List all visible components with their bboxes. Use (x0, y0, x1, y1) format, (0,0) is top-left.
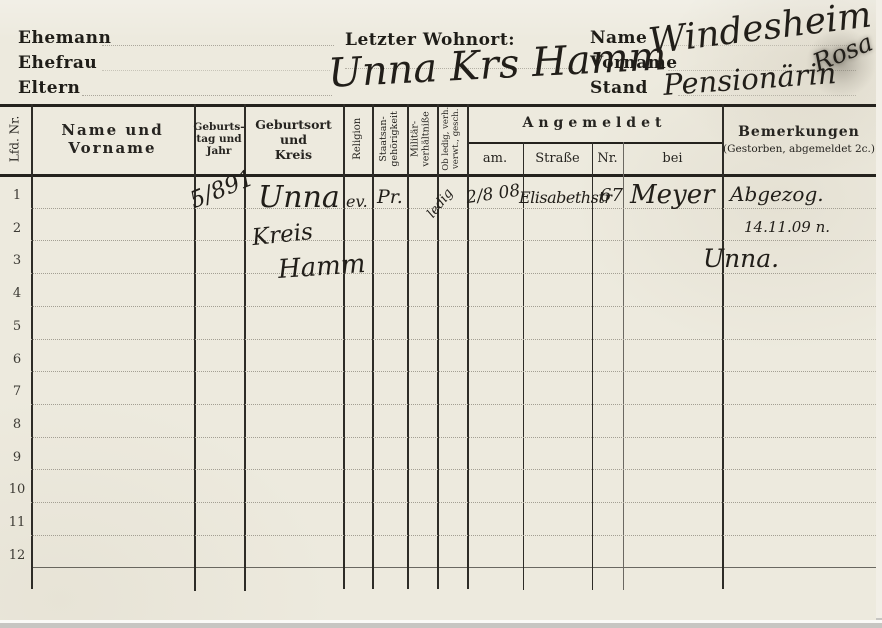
col-header-bemerkungen: Bemerkungen (Gestorben, abgemeldet 2c.) (722, 104, 876, 174)
row-separator (31, 208, 876, 209)
row-number: 9 (6, 450, 28, 465)
col-header-lfd-nr: Lfd. Nr. (0, 104, 31, 174)
entry-strasse: Elisabethstr (519, 188, 611, 207)
grid-vline (31, 104, 33, 589)
entry-bei: Meyer (630, 180, 715, 210)
ehemann-label: Ehemann (18, 28, 111, 48)
col-header-religion: Religion (343, 104, 372, 174)
grid-vline (194, 104, 196, 591)
col-header-militaerverhaeltnis: Militär- verhältniße (407, 104, 437, 174)
grid-vline (467, 104, 469, 589)
row-number: 2 (6, 221, 28, 236)
entry-bemerkungen-line2: 14.11.09 n. (744, 218, 830, 236)
row-separator (31, 404, 876, 405)
row-number: 10 (6, 482, 28, 497)
col-header-name-vorname: Name und Vorname (31, 104, 194, 174)
row-number: 4 (6, 286, 28, 301)
col-header-familienstand: Ob ledig, verh. verwt., gesch. (437, 104, 467, 174)
col-header-angemeldet: Angemeldet (467, 104, 722, 142)
row-separator (31, 240, 876, 241)
col-header-geburtstag: Geburts- tag und Jahr (194, 104, 244, 174)
ehefrau-line (102, 70, 330, 71)
row-number: 7 (6, 384, 28, 399)
row-number: 11 (6, 515, 28, 530)
grid-vline (437, 104, 439, 589)
entry-bemerkungen-line3: Unna. (703, 244, 779, 273)
grid-vline (343, 104, 345, 589)
entry-geburtsort-line1: Unna (258, 180, 340, 215)
eltern-label: Eltern (18, 78, 80, 98)
entry-bemerkungen-line1: Abgezog. (730, 182, 824, 206)
entry-geburtsort-line3: Hamm (277, 249, 366, 285)
col-header-strasse: Straße (523, 142, 592, 174)
grid-vline (592, 142, 593, 590)
col-header-nr: Nr. (592, 142, 623, 174)
row-number: 6 (6, 352, 28, 367)
eltern-line (82, 95, 332, 96)
col-header-staatsangehoerigkeit: Staatsan- gehörigkeit (372, 104, 407, 174)
row-separator (31, 502, 876, 503)
adjacent-card-edge (876, 0, 882, 618)
card-bottom-edge (0, 620, 882, 623)
ehemann-line (102, 45, 334, 46)
row-separator (31, 535, 876, 536)
row-separator (31, 273, 876, 274)
grid-vline (372, 104, 374, 589)
row-number: 8 (6, 417, 28, 432)
grid-vline (523, 142, 524, 590)
col-header-geburtsort: Geburtsort und Kreis (244, 104, 343, 174)
grid-vline (407, 104, 409, 589)
col-header-am: am. (467, 142, 523, 174)
col-header-bei: bei (623, 142, 722, 174)
row-number: 5 (6, 319, 28, 334)
ehefrau-label: Ehefrau (18, 53, 97, 73)
last-row-border (31, 567, 876, 568)
row-separator (31, 469, 876, 470)
stand-label: Stand (590, 78, 648, 98)
entry-nr: 67 (600, 185, 623, 206)
grid-vline (623, 142, 624, 590)
registration-card: Ehemann Ehefrau Eltern Letzter Wohnort: … (0, 0, 876, 620)
entry-geburtsort-line2: Kreis (251, 219, 314, 251)
row-separator (31, 437, 876, 438)
entry-angemeldet-am: 2/8 08. (465, 180, 527, 208)
row-number: 3 (6, 253, 28, 268)
entry-religion: ev. (346, 192, 368, 211)
row-number: 12 (6, 548, 28, 563)
row-number: 1 (6, 188, 28, 203)
row-separator (31, 339, 876, 340)
row-separator (31, 306, 876, 307)
entry-staatsangehoerigkeit: Pr. (377, 186, 403, 208)
grid-vline (722, 104, 724, 589)
entry-familienstand: ledig (424, 186, 456, 221)
name-label: Name (590, 28, 647, 48)
row-separator (31, 371, 876, 372)
